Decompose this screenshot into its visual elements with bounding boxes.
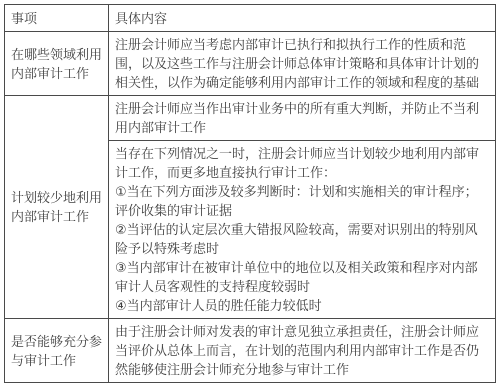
table-row: 计划较少地利用内部审计工作 注册会计师应当作出审计业务中的所有重大判断，并防止不…	[5, 96, 496, 141]
header-row: 事项 具体内容	[5, 5, 496, 32]
content-cell-areas-of-use: 注册会计师应当考虑内部审计已执行和拟执行工作的性质和范围，以及这些工作与注册会计…	[109, 32, 496, 96]
content-cell-sufficient-involvement: 由于注册会计师对发表的审计意见独立承担责任，注册会计师应当评价从总体上而言，在计…	[109, 319, 496, 383]
internal-audit-usage-table: 事项 具体内容 在哪些领域利用内部审计工作 注册会计师应当考虑内部审计已执行和拟…	[4, 4, 496, 383]
table-row: 是否能够充分参与审计工作 由于注册会计师对发表的审计意见独立承担责任，注册会计师…	[5, 319, 496, 383]
item-cell-plan-less-use: 计划较少地利用内部审计工作	[5, 96, 109, 319]
content-cell-plan-less-conditions: 当存在下列情况之一时，注册会计师应当计划较少地利用内部审计工作，而更多地直接执行…	[109, 141, 496, 319]
item-cell-sufficient-involvement: 是否能够充分参与审计工作	[5, 319, 109, 383]
page: 事项 具体内容 在哪些领域利用内部审计工作 注册会计师应当考虑内部审计已执行和拟…	[0, 0, 500, 383]
item-cell-areas-of-use: 在哪些领域利用内部审计工作	[5, 32, 109, 96]
table-row: 在哪些领域利用内部审计工作 注册会计师应当考虑内部审计已执行和拟执行工作的性质和…	[5, 32, 496, 96]
content-cell-major-judgments: 注册会计师应当作出审计业务中的所有重大判断，并防止不当利用内部审计工作	[109, 96, 496, 141]
header-content-column: 具体内容	[109, 5, 496, 32]
header-item-column: 事项	[5, 5, 109, 32]
